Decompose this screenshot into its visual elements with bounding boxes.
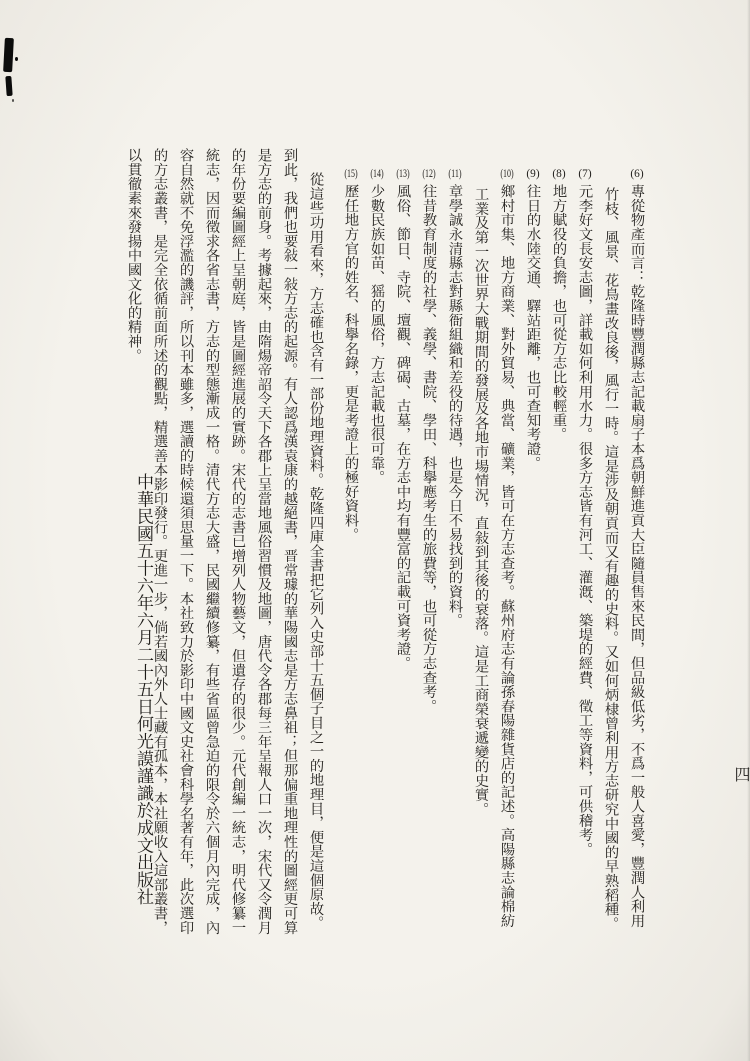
- item-text: 專從物產而言：乾隆時豐潤縣志記載扇子本爲朝鮮進貢大臣隨員售來民間，但品級低劣，不…: [603, 184, 645, 931]
- item-text: 章學誠永清縣志對縣衙組織和差役的待遇，也是今日不易找到的資料。: [447, 184, 463, 627]
- item-text: 往日的水陸交通、驛站距離，也可查知考證。: [525, 184, 541, 470]
- item-number: (10): [500, 167, 514, 179]
- list-item: (6)專從物產而言：乾隆時豐潤縣志記載扇子本爲朝鮮進貢大臣隨員售來民間，但品級低…: [598, 148, 650, 940]
- list-item: (13)風俗、節日、寺院、壇觀、碑碣、古墓，在方志中均有豐富的記載可資考證。: [390, 148, 416, 940]
- list-item: (14)少數民族如苗、猺的風俗，方志記載也很可靠。: [364, 148, 390, 940]
- item-text: 少數民族如苗、猺的風俗，方志記載也很可靠。: [369, 184, 385, 484]
- ink-speck-artifact: [12, 99, 14, 102]
- item-text: 元李好文長安志圖，詳載如何利用水力。很多方志皆有河工、灌漑、築堤的經費、徵工等資…: [577, 184, 593, 856]
- list-item: (10)鄉村市集、地方商業、對外貿易、典當、礦業，皆可在方志查考。蘇州府志有論孫…: [468, 148, 520, 940]
- item-number: (8): [552, 167, 566, 179]
- page-number: 四: [729, 766, 750, 782]
- list-item: (8)地方賦役的負擔，也可從方志比較輕重。: [546, 148, 572, 940]
- item-number: (15): [344, 167, 358, 179]
- list-item: (11)章學誠永清縣志對縣衙組織和差役的待遇，也是今日不易找到的資料。: [442, 148, 468, 940]
- ink-speck-artifact: [15, 57, 18, 61]
- list-item: (9)往日的水陸交通、驛站距離，也可查知考證。: [520, 148, 546, 940]
- item-number: (12): [422, 167, 436, 179]
- ink-smudge-artifact: [3, 38, 14, 72]
- item-text: 地方賦役的負擔，也可從方志比較輕重。: [551, 184, 567, 441]
- list-item: (15)歷任地方官的姓名、科擧名錄，更是考證上的極好資料。: [338, 148, 364, 940]
- item-number: (6): [630, 167, 644, 179]
- item-number: (14): [370, 167, 384, 179]
- item-number: (7): [578, 167, 592, 179]
- item-number: (13): [396, 167, 410, 179]
- item-number: (9): [526, 167, 540, 179]
- list-item: (7)元李好文長安志圖，詳載如何利用水力。很多方志皆有河工、灌漑、築堤的經費、徵…: [572, 148, 598, 940]
- item-text: 往昔教育制度的社學、義學、書院、學田、科擧應考生的旅費等，也可從方志查考。: [421, 184, 437, 713]
- list-item: (12)往昔教育制度的社學、義學、書院、學田、科擧應考生的旅費等，也可從方志查考…: [416, 148, 442, 940]
- item-text: 歷任地方官的姓名、科擧名錄，更是考證上的極好資料。: [343, 184, 359, 542]
- item-text: 鄉村市集、地方商業、對外貿易、典當、礦業，皆可在方志查考。蘇州府志有論孫春陽雜貨…: [473, 184, 515, 928]
- item-number: (11): [448, 167, 462, 179]
- colophon-date-signature: 中華民國五十六年六月二十五日何光謨謹識於成文出版社: [131, 473, 155, 906]
- item-text: 風俗、節日、寺院、壇觀、碑碣、古墓，在方志中均有豐富的記載可資考證。: [395, 184, 411, 670]
- vertical-text-block: (6)專從物產而言：乾隆時豐潤縣志記載扇子本爲朝鮮進貢大臣隨員售來民間，但品級低…: [121, 148, 650, 940]
